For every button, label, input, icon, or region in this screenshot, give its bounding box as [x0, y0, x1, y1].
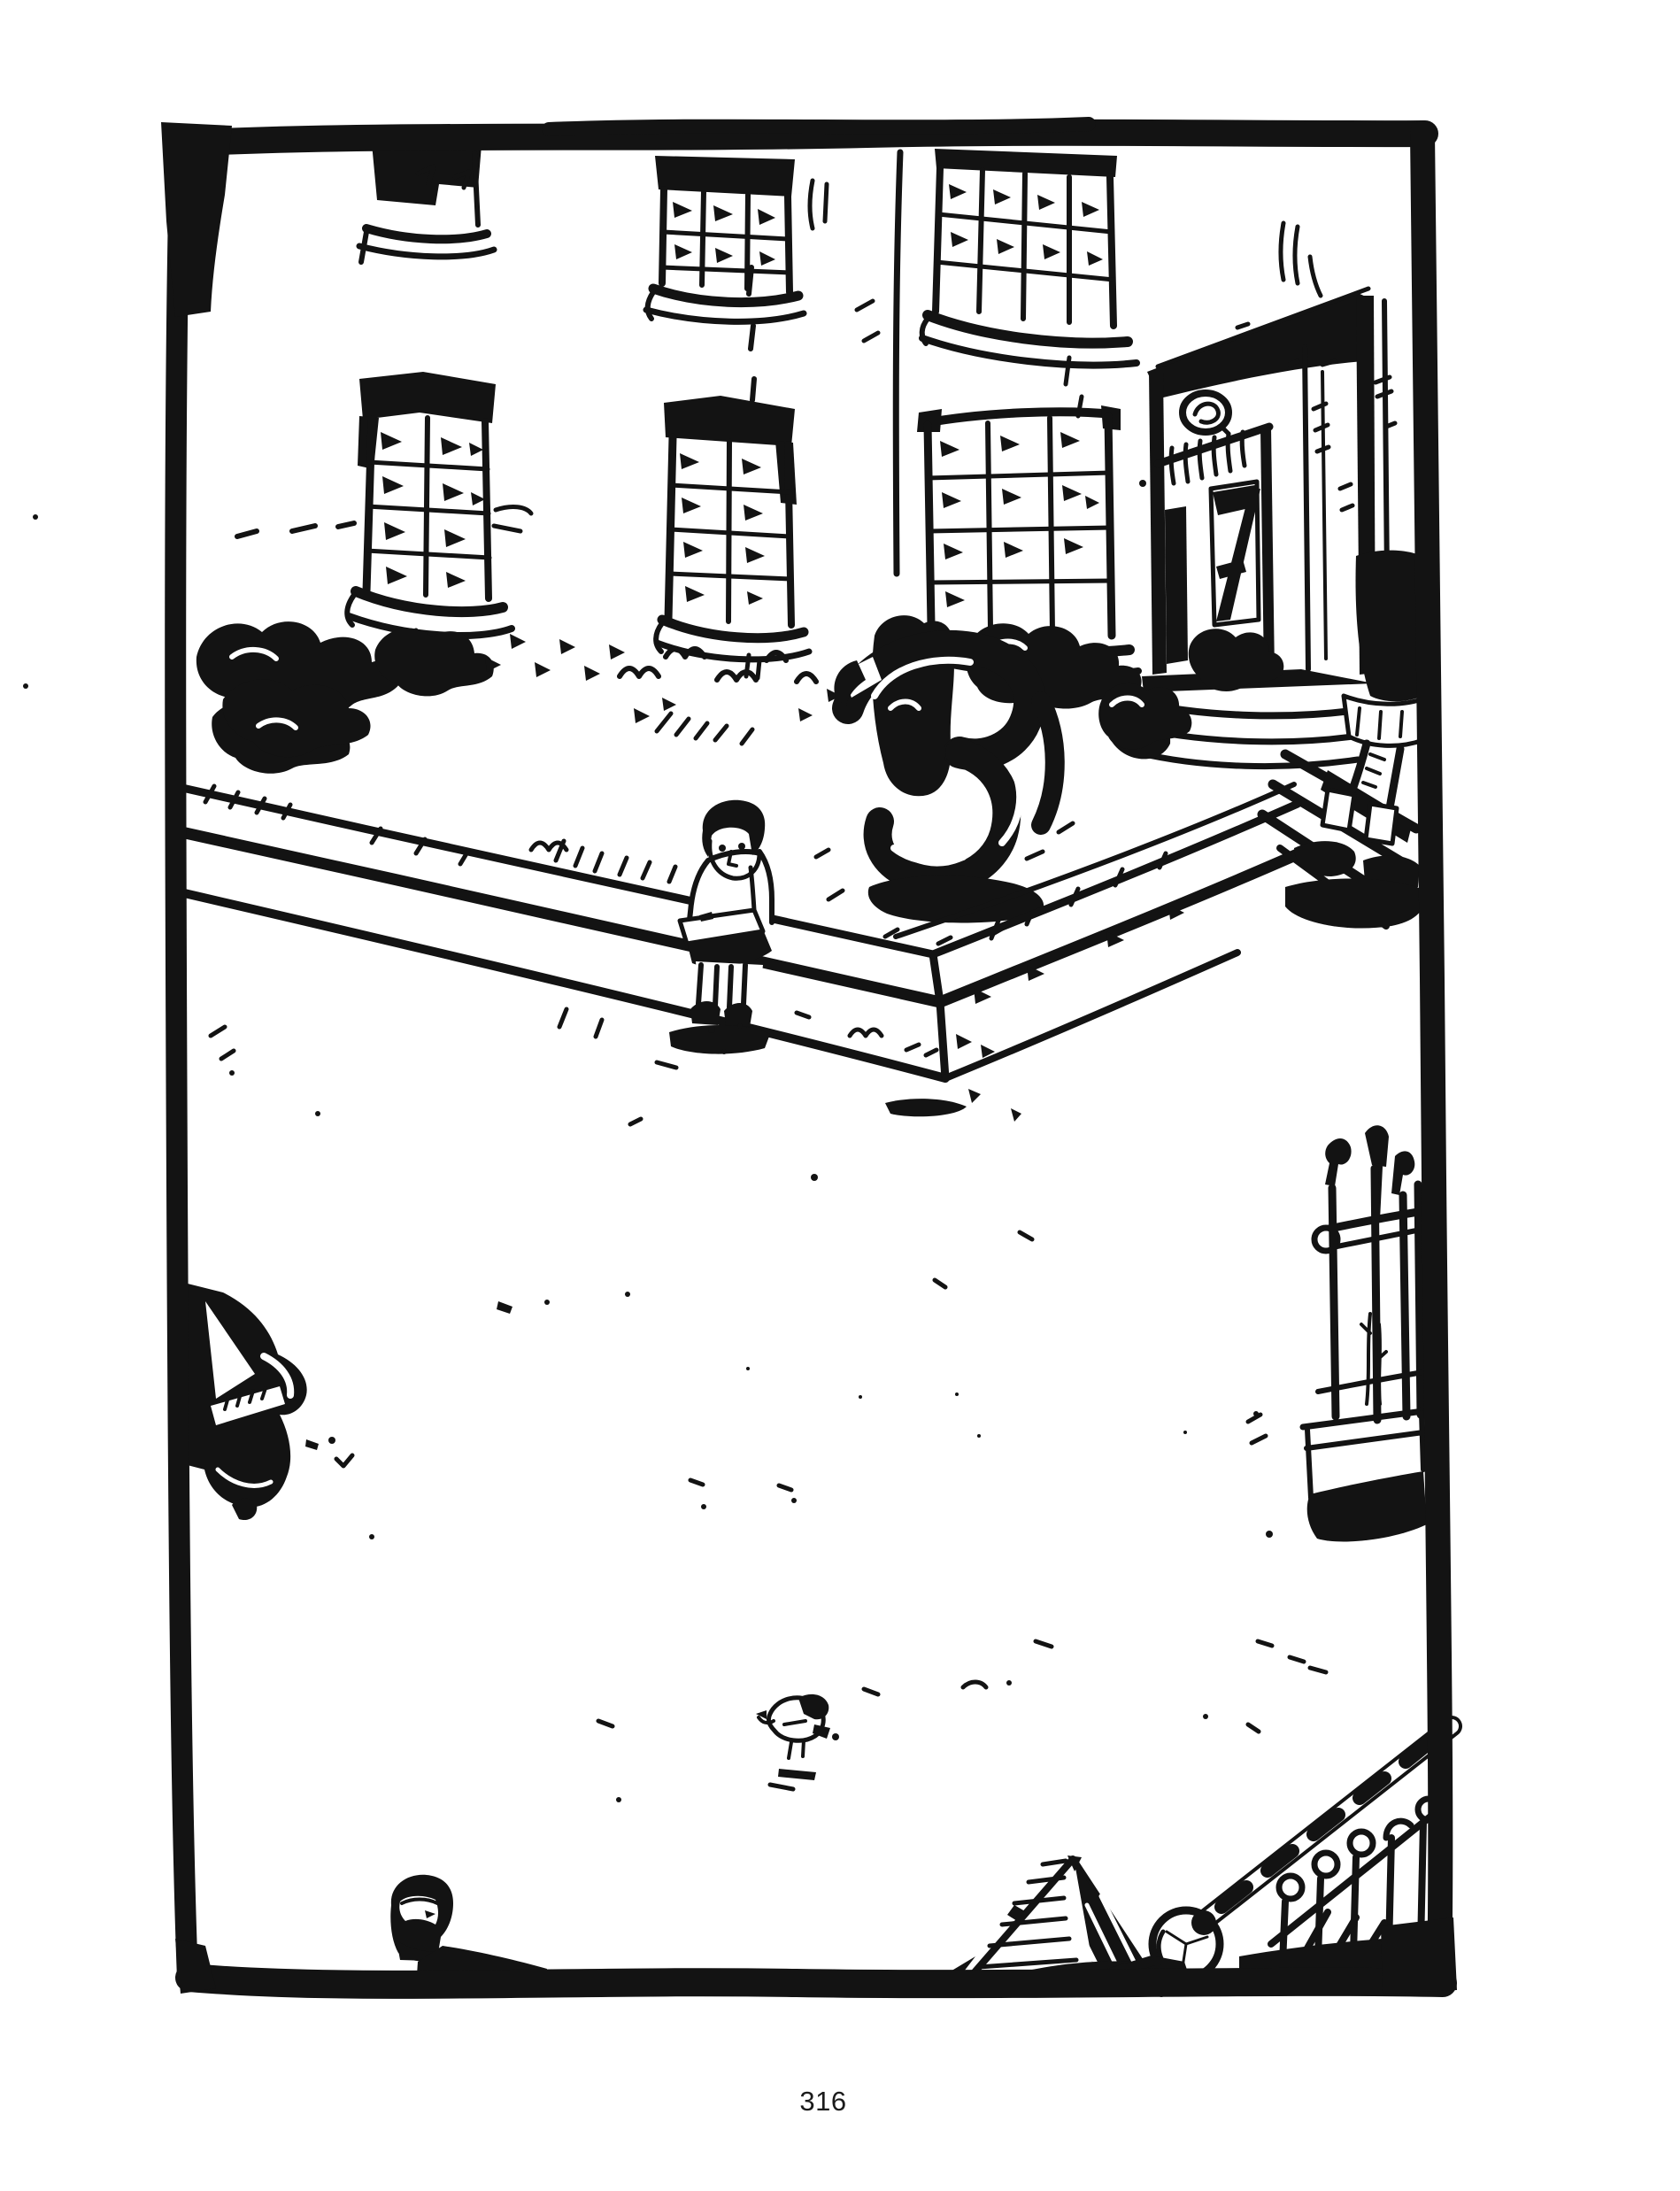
pram [177, 1281, 352, 1520]
panel-illustration [0, 0, 1680, 2191]
window-mid-center [656, 396, 809, 678]
page-number: 316 [0, 2086, 1646, 2118]
iron-railing [1248, 1125, 1427, 1541]
pigeon [756, 1694, 839, 1789]
entrance-door [1139, 289, 1395, 675]
window-top-middle [646, 156, 804, 321]
window-top-right [922, 149, 1137, 416]
playground-corner [949, 1726, 1452, 1994]
comic-page: 316 [0, 0, 1680, 2191]
window-mid-left [347, 372, 531, 667]
window-top-left [359, 143, 494, 262]
